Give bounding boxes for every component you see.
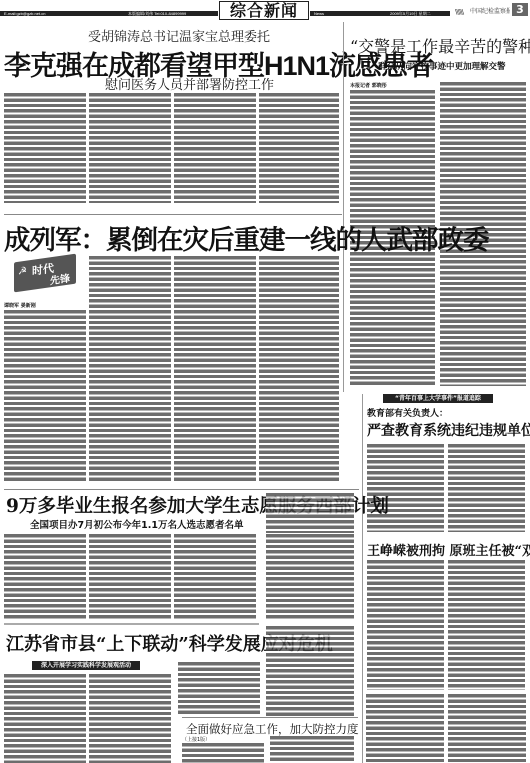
column-divider [343,22,344,392]
party-emblem-icon: ☭ [18,266,27,278]
cheng-headline[interactable]: 成列军：累倒在灾后重建一线的人武部政委 [4,218,489,257]
h1n1-kicker: 受胡锦涛总书记温家宝总理委托 [88,26,270,45]
education-box-label: “青年百事上大学事件”报道追踪 [383,394,493,403]
h1n1-subheadline: 慰问医务人员并部署防控工作 [105,74,274,93]
emergency-col-4 [448,694,526,763]
era-pioneer-logo: ☭ 时代 先锋 [14,254,76,293]
graduates-side-col [266,493,354,533]
jiangsu-box-label: 深入开展学习实践科学发展观活动 [32,661,140,670]
section-rule-2 [4,489,359,490]
education-col-2 [448,444,525,532]
emergency-tag: （上接1版） [182,736,210,743]
graduates-col-4 [266,534,354,619]
graduates-col-3 [174,534,256,619]
h1n1-col-4 [259,93,339,203]
wang-col-2 [448,560,525,690]
newspaper-brand: 中国纪检监察报 [470,6,510,15]
page-header: E-mail:gzb@gzb.net.cn 本版编辑/刘伟 Tel:010-84… [0,0,530,20]
h1n1-col-1 [4,93,86,203]
graduates-subheadline: 全国项目办7月初公布今年1.1万名人选志愿者名单 [30,517,243,531]
header-date: 2009年5月19日 星期二 [390,9,431,18]
jiangsu-col-3 [178,662,260,714]
section-rule-4 [182,717,358,718]
header-email: E-mail:gzb@gzb.net.cn [4,9,45,18]
cheng-col-2 [89,256,171,482]
emergency-col-1 [182,743,264,763]
traffic-byline: 本报记者 郭晓彤 [350,82,387,89]
section-title: 综合新闻 [219,1,309,20]
section-en: News [314,9,324,18]
h1n1-col-2 [89,93,171,203]
cheng-col-4 [259,256,339,482]
jiangsu-col-1 [4,674,86,763]
header-editor: 本版编辑/刘伟 Tel:010-84899999 [128,9,186,18]
graduates-col-2 [89,534,171,619]
section-rule [4,214,342,215]
emergency-col-2 [270,736,354,763]
emergency-headline[interactable]: 全面做好应急工作，加大防控力度 [186,721,359,737]
graduates-col-1 [4,534,86,619]
traffic-headline[interactable]: “交警是工作最辛苦的警种” [350,34,530,57]
education-kicker: 教育部有关负责人： [367,406,448,419]
education-headline[interactable]: 严查教育系统违纪违规单位和人员 [367,420,530,440]
stripes-decoration: \\\\\\ [455,8,463,16]
h1n1-col-3 [174,93,256,203]
traffic-subheadline: 群众从向守牧事迹中更加理解交警 [378,60,506,72]
wang-headline[interactable]: 王峥嵘被刑拘 原班主任被“双规” [367,540,530,559]
page-number: 3 [512,3,528,16]
jiangsu-col-4 [266,626,354,716]
wang-col-1 [367,560,444,690]
emergency-col-3 [366,694,444,763]
cheng-col-3 [174,256,256,482]
section-rule-3 [4,623,259,625]
cheng-col-1 [4,310,86,482]
education-col-1 [367,444,444,532]
cheng-byline: 谭晓军 晏新刚 [4,302,36,309]
jiangsu-col-2 [89,674,171,763]
